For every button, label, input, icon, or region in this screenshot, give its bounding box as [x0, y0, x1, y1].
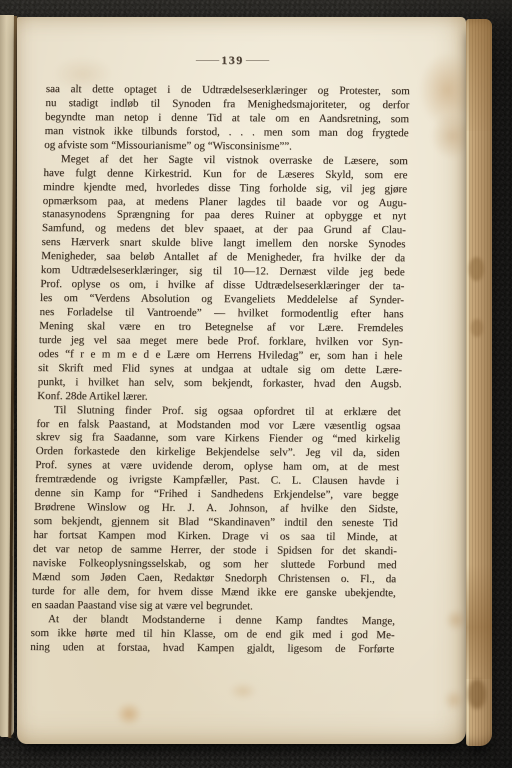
- text-block: saa alt dette optaget i de Udtrædelseser…: [30, 83, 410, 657]
- edge-stain: [471, 319, 483, 337]
- header-rule-left: —: [196, 55, 219, 66]
- edge-stain: [466, 19, 492, 131]
- text-line: ning uden at forstaa, hvad Kampen gjaldt…: [30, 640, 394, 656]
- text-line: som ikke hørte med til hin Klasse, om de…: [30, 627, 394, 643]
- edge-stain: [466, 564, 492, 679]
- edge-stain: [469, 257, 484, 281]
- foxing-stain: [443, 689, 465, 711]
- foxing-stain: [445, 609, 467, 631]
- edge-stain: [468, 679, 486, 709]
- page-number: 139: [221, 53, 244, 68]
- text-line: mindre kjendte med, hvorledes disse Ting…: [43, 181, 407, 197]
- book-photo: — 139 — saa alt dette optaget i de Udtræ…: [0, 0, 512, 768]
- page-edge-stack: [466, 19, 492, 746]
- page-header: — 139 —: [8, 53, 457, 68]
- text-line: Til Slutning finder Prof. sig ogsaa opfo…: [37, 404, 401, 420]
- book-page: — 139 — saa alt dette optaget i de Udtræ…: [17, 17, 466, 744]
- foxing-stain: [116, 702, 142, 726]
- header-rule-right: —: [246, 55, 269, 66]
- foxing-stain: [229, 682, 257, 700]
